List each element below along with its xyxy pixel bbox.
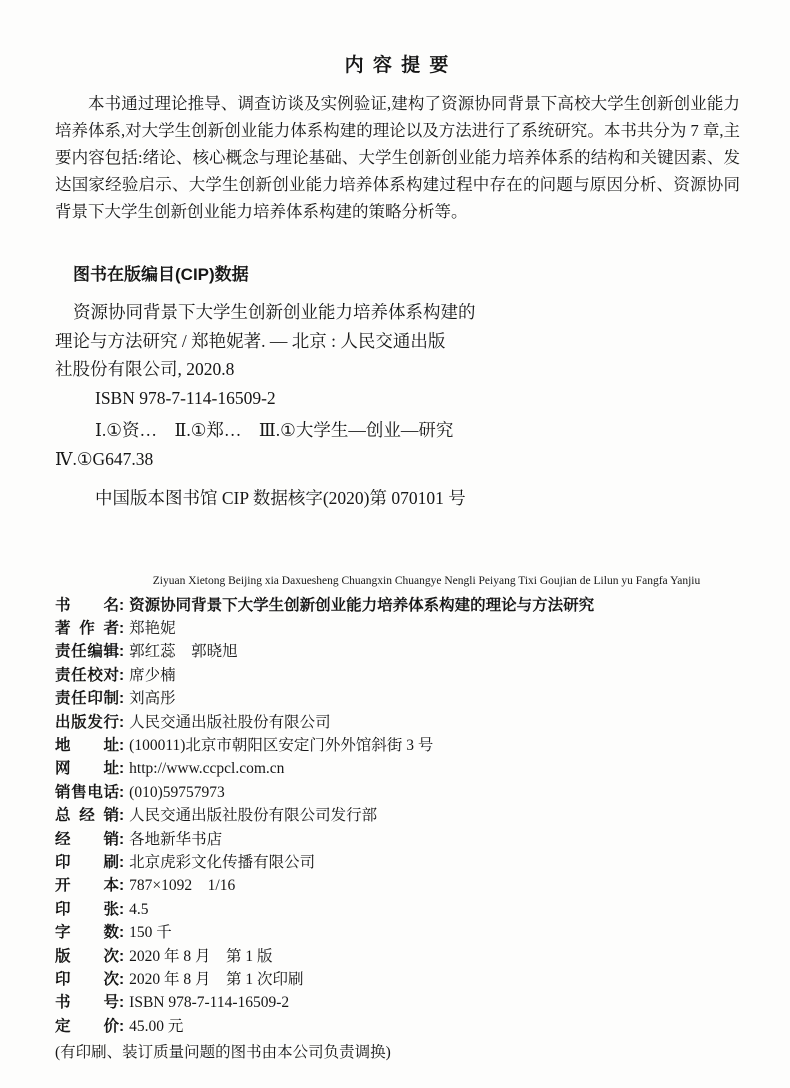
colophon-row-label: 销售电话	[55, 781, 119, 804]
colophon-row-value: 4.5	[129, 901, 148, 918]
colophon-row-value: (100011)北京市朝阳区安定门外外馆斜街 3 号	[129, 737, 433, 754]
colophon-row-value: 各地新华书店	[129, 831, 222, 848]
colophon-row-colon: :	[119, 620, 124, 637]
colophon-row-label: 责任校对	[55, 664, 119, 687]
colophon-row-value: 人民交通出版社股份有限公司发行部	[129, 807, 377, 824]
colophon-row-label: 书号	[55, 991, 119, 1014]
colophon-row-colon: :	[119, 737, 124, 754]
colophon-row-value: ISBN 978-7-114-16509-2	[129, 994, 289, 1011]
cip-classification-line: Ⅰ.①资… Ⅱ.①郑… Ⅲ.①大学生—创业—研究	[55, 416, 740, 445]
colophon-row-label: 网址	[55, 757, 119, 780]
colophon-row-label: 印张	[55, 898, 119, 921]
summary-paragraph: 本书通过理论推导、调查访谈及实例验证,建构了资源协同背景下高校大学生创新创业能力…	[55, 90, 740, 225]
colophon-row-colon: :	[119, 807, 124, 824]
colophon-row-colon: :	[119, 714, 124, 731]
colophon-row-label: 书名	[55, 594, 119, 617]
colophon-row: 经销:各地新华书店	[55, 828, 740, 851]
cip-heading: 图书在版编目(CIP)数据	[73, 260, 740, 285]
colophon-row-colon: :	[119, 643, 124, 660]
cip-description-line: 理论与方法研究 / 郑艳妮著. — 北京 : 人民交通出版	[55, 327, 740, 356]
colophon-row: 责任校对:席少楠	[55, 664, 740, 687]
colophon-row-value: 人民交通出版社股份有限公司	[129, 714, 331, 731]
colophon-row-label: 地址	[55, 734, 119, 757]
colophon-row-value: 郑艳妮	[129, 620, 176, 637]
cip-classification-line: Ⅳ.①G647.38	[55, 445, 740, 474]
colophon-row-colon: :	[119, 971, 124, 988]
colophon-rows: 书名:资源协同背景下大学生创新创业能力培养体系构建的理论与方法研究 著作者:郑艳…	[55, 594, 740, 1039]
summary-title: 内 容 提 要	[55, 50, 740, 77]
cip-description-line: 社股份有限公司, 2020.8	[55, 355, 740, 384]
colophon-row: 书号:ISBN 978-7-114-16509-2	[55, 991, 740, 1014]
colophon-row-label: 经销	[55, 828, 119, 851]
colophon-row-value: 席少楠	[129, 667, 176, 684]
colophon-row-label: 字数	[55, 921, 119, 944]
colophon-row-colon: :	[119, 948, 124, 965]
colophon-row-label: 版次	[55, 945, 119, 968]
colophon-row-colon: :	[119, 597, 124, 614]
colophon-row: 销售电话:(010)59757973	[55, 781, 740, 804]
colophon-row: 网址:http://www.ccpcl.com.cn	[55, 757, 740, 780]
colophon-row-label: 印刷	[55, 851, 119, 874]
colophon-row-value: 2020 年 8 月 第 1 次印刷	[129, 971, 303, 988]
colophon-row: 地址:(100011)北京市朝阳区安定门外外馆斜街 3 号	[55, 734, 740, 757]
title-pinyin: Ziyuan Xietong Beijing xia Daxuesheng Ch…	[55, 574, 740, 588]
colophon-row-value: 787×1092 1/16	[129, 877, 235, 894]
colophon-row-label: 定价	[55, 1015, 119, 1038]
copyright-page: 内 容 提 要 本书通过理论推导、调查访谈及实例验证,建构了资源协同背景下高校大…	[0, 0, 790, 1088]
colophon-row-colon: :	[119, 994, 124, 1011]
colophon-row-label: 著作者	[55, 617, 119, 640]
colophon-row: 书名:资源协同背景下大学生创新创业能力培养体系构建的理论与方法研究	[55, 594, 740, 617]
colophon-row-colon: :	[119, 667, 124, 684]
colophon-row-label: 责任印制	[55, 687, 119, 710]
colophon-row-label: 责任编辑	[55, 640, 119, 663]
colophon-row: 出版发行:人民交通出版社股份有限公司	[55, 711, 740, 734]
colophon-row: 责任印制:刘高彤	[55, 687, 740, 710]
colophon-row: 印张:4.5	[55, 898, 740, 921]
colophon-row: 开本:787×1092 1/16	[55, 874, 740, 897]
colophon-row: 印刷:北京虎彩文化传播有限公司	[55, 851, 740, 874]
colophon-row-label: 总经销	[55, 804, 119, 827]
colophon-row-value: 北京虎彩文化传播有限公司	[129, 854, 315, 871]
colophon-row-colon: :	[119, 877, 124, 894]
colophon-row-value: 资源协同背景下大学生创新创业能力培养体系构建的理论与方法研究	[129, 597, 594, 614]
colophon-row-colon: :	[119, 760, 124, 777]
colophon-row-colon: :	[119, 1018, 124, 1035]
colophon-row-value: 刘高彤	[129, 690, 176, 707]
colophon-row: 版次:2020 年 8 月 第 1 版	[55, 945, 740, 968]
colophon-row: 总经销:人民交通出版社股份有限公司发行部	[55, 804, 740, 827]
colophon-row-value: (010)59757973	[129, 784, 225, 801]
cip-record-line: 中国版本图书馆 CIP 数据核字(2020)第 070101 号	[55, 484, 740, 513]
colophon-row-value: 郭红蕊 郭晓旭	[129, 643, 238, 660]
colophon-row-colon: :	[119, 831, 124, 848]
cip-isbn-line: ISBN 978-7-114-16509-2	[55, 384, 740, 413]
colophon-row-colon: :	[119, 924, 124, 941]
colophon-row-value: 2020 年 8 月 第 1 版	[129, 948, 272, 965]
colophon-row-label: 出版发行	[55, 711, 119, 734]
exchange-note: (有印刷、装订质量问题的图书由本公司负责调换)	[55, 1041, 740, 1064]
colophon-row: 著作者:郑艳妮	[55, 617, 740, 640]
colophon-row: 字数:150 千	[55, 921, 740, 944]
colophon-row-colon: :	[119, 901, 124, 918]
colophon-row: 定价:45.00 元	[55, 1015, 740, 1038]
colophon-row: 责任编辑:郭红蕊 郭晓旭	[55, 640, 740, 663]
cip-description-line: 资源协同背景下大学生创新创业能力培养体系构建的	[55, 298, 740, 327]
colophon-row: 印次:2020 年 8 月 第 1 次印刷	[55, 968, 740, 991]
colophon-row-label: 开本	[55, 874, 119, 897]
colophon-row-colon: :	[119, 690, 124, 707]
colophon-row-value: http://www.ccpcl.com.cn	[129, 760, 284, 777]
colophon-row-label: 印次	[55, 968, 119, 991]
colophon-row-value: 45.00 元	[129, 1018, 183, 1035]
colophon-row-value: 150 千	[129, 924, 172, 941]
colophon-row-colon: :	[119, 784, 124, 801]
colophon-row-colon: :	[119, 854, 124, 871]
